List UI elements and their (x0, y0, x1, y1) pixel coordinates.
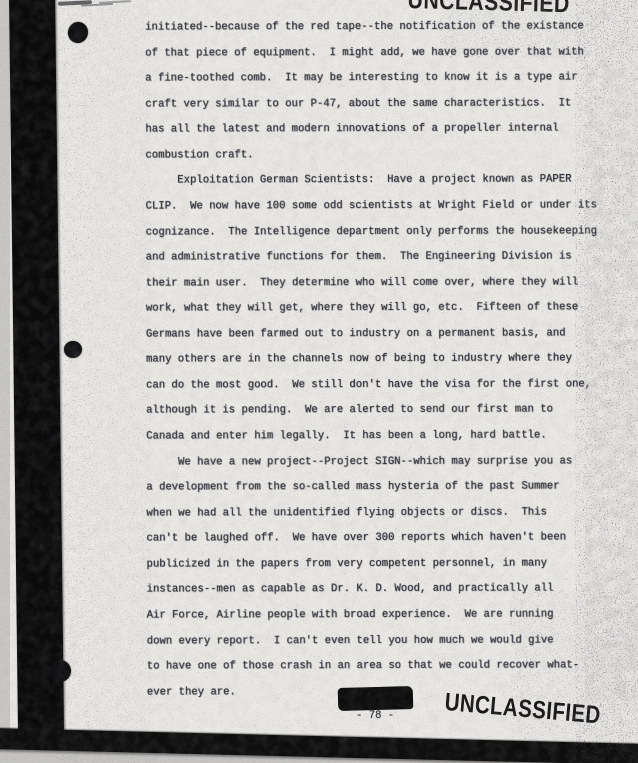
typewriter-line: many others are in the channels now of b… (146, 353, 616, 380)
typewriter-line: initiated--because of the red tape--the … (145, 20, 615, 47)
typewriter-line: combustion craft. (145, 148, 615, 175)
typewriter-line: Exploitation German Scientists: Have a p… (145, 174, 615, 201)
typewriter-line: craft very similar to our P-47, about th… (145, 97, 615, 124)
scan-edge-left (9, 0, 64, 746)
typewriter-line: publicized in the papers from very compe… (147, 557, 617, 584)
typewriter-line: their main user. They determine who will… (146, 276, 616, 303)
typewritten-text: initiated--because of the red tape--the … (145, 20, 617, 711)
typewriter-line: Germans have been farmed out to industry… (146, 327, 616, 354)
typewriter-line: Air Force, Airline people with broad exp… (147, 608, 617, 635)
typewriter-line: of that piece of equipment. I might add,… (145, 46, 615, 73)
typewriter-line: although it is pending. We are alerted t… (146, 404, 616, 431)
typewriter-line: cognizance. The Intelligence department … (146, 225, 616, 252)
typewriter-line: to have one of those crash in an area so… (147, 659, 617, 686)
hole-punch (64, 341, 82, 358)
typewriter-line: a fine-toothed comb. It may be interesti… (145, 72, 615, 99)
typewriter-line: can't be laughed off. We have over 300 r… (146, 532, 616, 559)
page-number: - 78 - (356, 710, 394, 722)
typewriter-line: and administrative functions for them. T… (146, 250, 616, 277)
typewriter-line: has all the latest and modern innovation… (145, 123, 615, 150)
typewriter-line: can do the most good. We still don't hav… (146, 378, 616, 405)
typewriter-line: Canada and enter him legally. It has bee… (146, 429, 616, 456)
scanned-document-page: UNCLASSIFIED initiated--because of the r… (0, 0, 638, 763)
typewriter-line: when we had all the unidentified flying … (146, 506, 616, 533)
unclassified-stamp-top: UNCLASSIFIED (407, 0, 570, 19)
typewriter-line: CLIP. We now have 100 some odd scientist… (146, 199, 616, 226)
redaction-mark (338, 686, 414, 711)
typewriter-line: We have a new project--Project SIGN--whi… (146, 455, 616, 482)
hole-punch (66, 20, 89, 44)
hole-punch (49, 660, 71, 682)
typewriter-line: work, what they will get, where they wil… (146, 302, 616, 329)
typewriter-line: down every report. I can't even tell you… (147, 634, 617, 661)
typewriter-line: instances--men as capable as Dr. K. D. W… (147, 583, 617, 610)
typewriter-line: a development from the so-called mass hy… (146, 481, 616, 508)
scan-margin-left (0, 0, 10, 763)
pen-mark (58, 0, 92, 6)
